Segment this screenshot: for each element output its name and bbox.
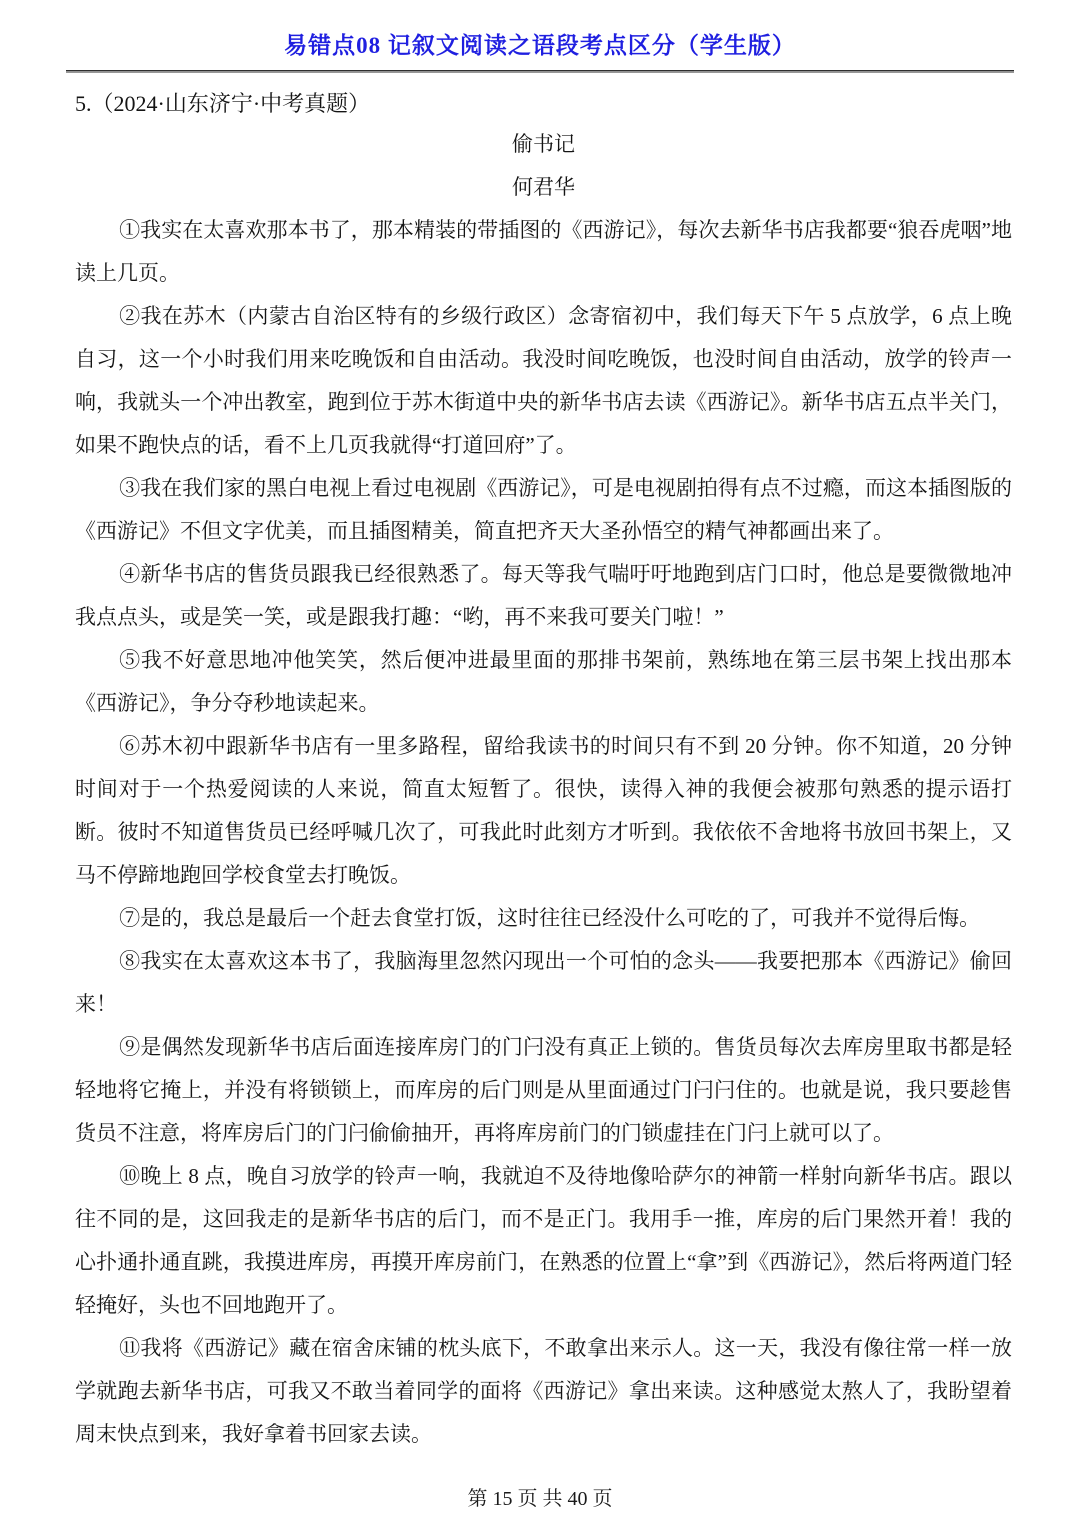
article-paragraph: ③我在我们家的黑白电视上看过电视剧《西游记》，可是电视剧拍得有点不过瘾，而这本插… <box>75 467 1012 553</box>
article-paragraph: ⑦是的，我总是最后一个赶去食堂打饭，这时往往已经没什么可吃的了，可我并不觉得后悔… <box>75 897 1012 940</box>
article-paragraph: ⑥苏木初中跟新华书店有一里多路程，留给我读书的时间只有不到 20 分钟。你不知道… <box>75 725 1012 897</box>
article-paragraph: ⑧我实在太喜欢这本书了，我脑海里忽然闪现出一个可怕的念头——我要把那本《西游记》… <box>75 940 1012 1026</box>
article-paragraph: ⑤我不好意思地冲他笑笑，然后便冲进最里面的那排书架前，熟练地在第三层书架上找出那… <box>75 639 1012 725</box>
document-header-title: 易错点08 记叙文阅读之语段考点区分（学生版） <box>0 0 1080 60</box>
article-paragraph: ④新华书店的售货员跟我已经很熟悉了。每天等我气喘吁吁地跑到店门口时，他总是要微微… <box>75 553 1012 639</box>
article-paragraph: ⑪我将《西游记》藏在宿舍床铺的枕头底下，不敢拿出来示人。这一天，我没有像往常一样… <box>75 1327 1012 1456</box>
article: 偷书记 何君华 ①我实在太喜欢那本书了，那本精装的带插图的《西游记》，每次去新华… <box>75 123 1012 1456</box>
article-paragraph: ⑨是偶然发现新华书店后面连接库房门的门闩没有真正上锁的。售货员每次去库房里取书都… <box>75 1026 1012 1155</box>
header-divider <box>66 70 1014 73</box>
document-page: 易错点08 记叙文阅读之语段考点区分（学生版） 5.（2024·山东济宁·中考真… <box>0 0 1080 1527</box>
page-footer: 第 15 页 共 40 页 <box>0 1482 1080 1511</box>
article-author: 何君华 <box>75 166 1012 209</box>
question-label: 5.（2024·山东济宁·中考真题） <box>75 89 1010 119</box>
article-paragraph: ①我实在太喜欢那本书了，那本精装的带插图的《西游记》，每次去新华书店我都要“狼吞… <box>75 209 1012 295</box>
article-paragraph: ②我在苏木（内蒙古自治区特有的乡级行政区）念寄宿初中，我们每天下午 5 点放学，… <box>75 295 1012 467</box>
article-title: 偷书记 <box>75 123 1012 166</box>
article-paragraph: ⑩晚上 8 点，晚自习放学的铃声一响，我就迫不及待地像哈萨尔的神箭一样射向新华书… <box>75 1155 1012 1327</box>
